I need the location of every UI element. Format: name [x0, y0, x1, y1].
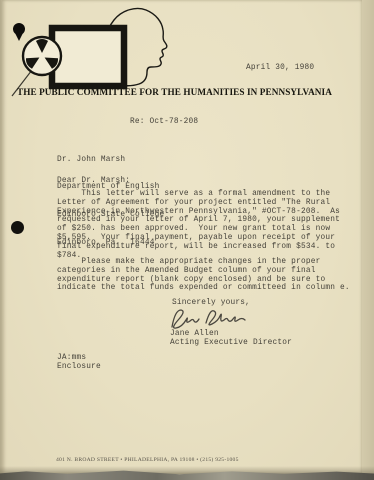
signer-title: Acting Executive Director: [170, 339, 292, 348]
enclosure-note: Enclosure: [57, 363, 101, 372]
body-paragraph-1: This letter will serve as a formal amend…: [57, 190, 340, 260]
body-paragraph-2: Please make the appropriate changes in t…: [57, 258, 350, 293]
handwritten-signature: [166, 306, 250, 332]
footer-address: 401 N. BROAD STREET • PHILADELPHIA, PA 1…: [56, 457, 239, 463]
typist-initials: JA:mms: [57, 354, 86, 363]
letter-paper: April 30, 1980 THE PUBLIC COMMITTEE FOR …: [2, 0, 362, 474]
organization-name: THE PUBLIC COMMITTEE FOR THE HUMANITIES …: [17, 87, 332, 97]
signer-name: Jane Allen: [170, 330, 219, 339]
scanned-letter-page: April 30, 1980 THE PUBLIC COMMITTEE FOR …: [0, 0, 374, 480]
reference-line: Re: Oct-78-208: [130, 118, 198, 127]
ink-blot-icon: [13, 23, 25, 41]
signature-script-icon: [166, 306, 250, 332]
letter-date: April 30, 1980: [246, 64, 314, 73]
open-book-icon: [52, 28, 124, 86]
recipient-line: Dr. John Marsh: [57, 156, 164, 165]
hole-punch-icon: [11, 221, 24, 234]
salutation: Dear Dr. Marsh:: [57, 177, 130, 186]
